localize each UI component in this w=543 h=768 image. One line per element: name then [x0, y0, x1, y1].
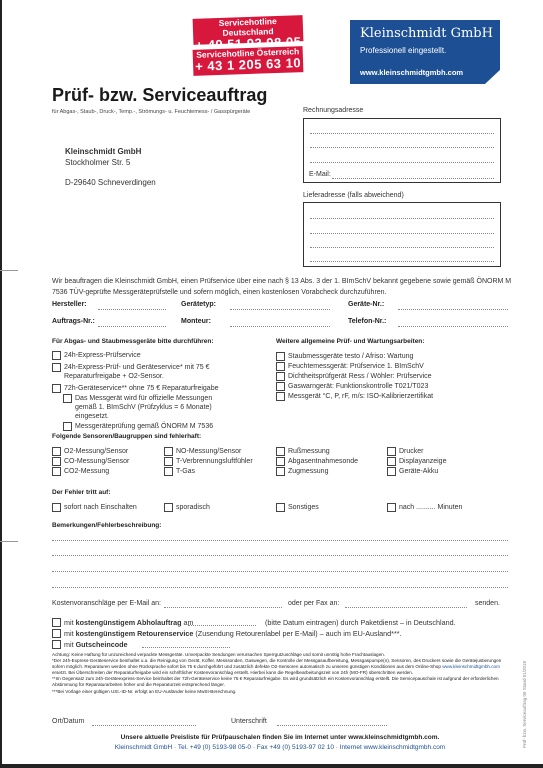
- sensor-option[interactable]: CO2-Messung: [52, 467, 129, 476]
- auftragsnr-field[interactable]: [98, 326, 166, 327]
- recipient-street: Stockholmer Str. 5: [65, 158, 130, 167]
- kosten-fax-field[interactable]: [345, 607, 467, 608]
- sensoren-heading: Folgende Sensoren/Baugruppen sind fehler…: [52, 433, 201, 440]
- checkbox[interactable]: [63, 422, 72, 431]
- note-star3: ***Bei Vorlage einer gültigen USt.-ID-Nr…: [52, 689, 514, 695]
- hotline-germany: Servicehotline Deutschland + 49 51 93 98…: [193, 15, 304, 45]
- abgas-suboption[interactable]: Messgeräteprüfung gemäß ÖNORM M 7536: [63, 422, 257, 431]
- checkbox[interactable]: [52, 457, 61, 466]
- gutschein-option[interactable]: mit Gutscheincode: [52, 640, 128, 649]
- checkbox[interactable]: [387, 457, 396, 466]
- delivery-label: Lieferadresse (falls abweichend): [303, 192, 404, 199]
- sensoren-col-4: Drucker Displayanzeige Geräte-Akku: [387, 447, 446, 476]
- fehler-option[interactable]: nach .......... Minuten: [387, 503, 462, 512]
- checkbox[interactable]: [387, 503, 396, 512]
- kosten-end: senden.: [475, 600, 500, 607]
- checkbox[interactable]: [52, 467, 61, 476]
- checkbox[interactable]: [164, 467, 173, 476]
- weitere-option[interactable]: Messgerät °C, P, rF, m/s: ISO-Kalibrierz…: [276, 392, 506, 401]
- recipient-city: D-29640 Schneverdingen: [65, 178, 156, 187]
- checkbox[interactable]: [52, 351, 61, 360]
- abholauftrag-option[interactable]: mit kostengünstigem Abholauftrag am: [52, 618, 194, 627]
- checkbox[interactable]: [387, 447, 396, 456]
- brand-url[interactable]: www.kleinschmidtgmbh.com: [360, 68, 463, 77]
- checkbox[interactable]: [276, 457, 285, 466]
- checkbox[interactable]: [276, 447, 285, 456]
- weitere-option[interactable]: Dichtheitsprüfgerät Ress / Wöhler: Prüfs…: [276, 372, 506, 381]
- input-line[interactable]: [310, 147, 494, 148]
- input-line[interactable]: [310, 162, 494, 163]
- input-line[interactable]: [310, 133, 494, 134]
- sensoren-col-2: NO-Messung/Sensor T-Verbrennungsluftfühl…: [164, 447, 253, 476]
- checkbox[interactable]: [276, 362, 285, 371]
- brand-slogan: Professionell eingestellt.: [360, 46, 446, 55]
- sensor-option[interactable]: T-Verbrennungsluftfühler: [164, 457, 253, 466]
- abgas-option[interactable]: 24h-Express-Prüf- und Geräteservice* mit…: [52, 363, 257, 381]
- form-version-note: Prüf- bzw. Serviceauftrag 06 Stand 01/20…: [522, 661, 527, 748]
- email-label: E-Mail:: [309, 171, 331, 178]
- checkbox[interactable]: [164, 447, 173, 456]
- telefonnr-field[interactable]: [398, 326, 508, 327]
- checkbox[interactable]: [387, 467, 396, 476]
- note-star1: *Der 24h-Express-Geräteservice beinhalte…: [52, 658, 514, 676]
- checkbox[interactable]: [276, 372, 285, 381]
- fehler-heading: Der Fehler tritt auf:: [52, 489, 111, 496]
- abgas-options: 24h-Express-Prüfservice 24h-Express-Prüf…: [52, 351, 257, 431]
- footer-contact: Kleinschmidt GmbH · Tel. +49 (0) 5193-98…: [40, 744, 520, 751]
- gutscheincode-field[interactable]: [142, 647, 230, 648]
- sensor-option[interactable]: Displayanzeige: [387, 457, 446, 466]
- kosten-email-label: Kostenvoranschläge per E-Mail an:: [52, 600, 161, 607]
- bemerkungen-heading: Bemerkungen/Fehlerbeschreibung:: [52, 522, 161, 529]
- fehler-option[interactable]: Sonstiges: [276, 503, 319, 512]
- delivery-address-box[interactable]: [303, 202, 501, 267]
- checkbox[interactable]: [52, 618, 61, 627]
- sensor-option[interactable]: Rußmessung: [276, 447, 358, 456]
- sensor-option[interactable]: Drucker: [387, 447, 446, 456]
- geraetetyp-label: Gerätetyp:: [181, 301, 216, 308]
- weitere-heading: Weitere allgemeine Prüf- und Wartungsarb…: [276, 338, 424, 345]
- hersteller-label: Hersteller:: [52, 301, 87, 308]
- geraetenr-label: Geräte-Nr.:: [348, 301, 384, 308]
- sensor-option[interactable]: O2-Messung/Sensor: [52, 447, 129, 456]
- abhol-date-field[interactable]: [188, 625, 256, 626]
- fehler-option[interactable]: sofort nach Einschalten: [52, 503, 137, 512]
- checkbox[interactable]: [52, 640, 61, 649]
- abgas-option[interactable]: 24h-Express-Prüfservice: [52, 351, 257, 360]
- checkbox[interactable]: [52, 363, 61, 372]
- input-line[interactable]: [310, 218, 494, 219]
- remarks-line[interactable]: [52, 540, 508, 541]
- hotline-number: + 43 1 205 63 10: [193, 56, 303, 74]
- signature-field[interactable]: [277, 725, 387, 726]
- ort-datum-field[interactable]: [92, 725, 196, 726]
- page-subtitle: für Abgas-, Staub-, Druck-, Temp.-, Strö…: [52, 109, 250, 115]
- brand-name: Kleinschmidt GmbH: [360, 26, 493, 41]
- recipient-company: Kleinschmidt GmbH: [65, 147, 141, 156]
- checkbox[interactable]: [52, 629, 61, 638]
- checkbox[interactable]: [164, 503, 173, 512]
- sensor-option[interactable]: Abgasentnahmesonde: [276, 457, 358, 466]
- auftragsnr-label: Auftrags-Nr.:: [52, 318, 95, 325]
- sensor-option[interactable]: NO-Messung/Sensor: [164, 447, 253, 456]
- telefonnr-label: Telefon-Nr.:: [348, 318, 386, 325]
- weitere-option[interactable]: Feuchtemessgerät: Prüfservice 1. BImSchV: [276, 362, 506, 371]
- note-star2: **Im Gegensatz zum 24h-Geräteexpress-Ser…: [52, 676, 514, 688]
- geraetetyp-field[interactable]: [230, 309, 330, 310]
- sensoren-col-1: O2-Messung/Sensor CO-Messung/Sensor CO2-…: [52, 447, 129, 476]
- hotline-austria: Servicehotline Österreich + 43 1 205 63 …: [193, 46, 304, 76]
- bottom-bar: [0, 764, 543, 768]
- abgas-suboption[interactable]: Das Messgerät wird für offizielle Messun…: [63, 394, 257, 421]
- abhol-note: (bitte Datum eintragen) durch Paketdiens…: [265, 618, 456, 627]
- remarks-line[interactable]: [52, 555, 508, 556]
- sensor-option[interactable]: T-Gas: [164, 467, 253, 476]
- weitere-option[interactable]: Gaswarngerät: Funktionskontrolle T021/T0…: [276, 382, 506, 391]
- sensor-option[interactable]: CO-Messung/Sensor: [52, 457, 129, 466]
- kosten-fax-label: oder per Fax an:: [288, 600, 339, 607]
- ort-datum-label: Ort/Datum: [52, 718, 84, 725]
- checkbox[interactable]: [164, 457, 173, 466]
- abgas-heading: Für Abgas- und Staubmessgeräte bitte dur…: [52, 338, 214, 345]
- checkbox[interactable]: [276, 503, 285, 512]
- monteur-field[interactable]: [230, 326, 330, 327]
- fine-print: Achtung: Keine Haftung für unzureichend …: [52, 652, 514, 695]
- checkbox[interactable]: [276, 467, 285, 476]
- unterschrift-label: Unterschrift: [231, 718, 267, 725]
- input-line[interactable]: [310, 247, 494, 248]
- intro-text: Wir beauftragen die Kleinschmidt GmbH, e…: [52, 276, 512, 298]
- fold-mark: [0, 270, 18, 271]
- weitere-option[interactable]: Staubmessgeräte testo / Afriso: Wartung: [276, 352, 506, 361]
- billing-label: Rechnungsadresse: [303, 107, 363, 114]
- checkbox[interactable]: [276, 392, 285, 401]
- input-line[interactable]: [310, 261, 494, 262]
- email-field[interactable]: [332, 178, 494, 179]
- remarks-line[interactable]: [52, 587, 508, 588]
- abgas-option[interactable]: 72h-Geräteservice** ohne 75 € Reparaturf…: [52, 384, 257, 393]
- footer-pricelist: Unsere aktuelle Preisliste für Prüfpausc…: [40, 734, 520, 741]
- checkbox[interactable]: [276, 382, 285, 391]
- checkbox[interactable]: [63, 394, 72, 403]
- brand-logo: Kleinschmidt GmbH Professionell eingeste…: [350, 20, 500, 84]
- monteur-label: Monteur:: [181, 318, 211, 325]
- billing-address-box[interactable]: E-Mail:: [303, 118, 501, 183]
- fold-mark: [0, 541, 18, 542]
- hersteller-field[interactable]: [98, 309, 166, 310]
- weitere-options: Staubmessgeräte testo / Afriso: Wartung …: [276, 352, 506, 401]
- page-title: Prüf- bzw. Serviceauftrag: [52, 85, 267, 106]
- checkbox[interactable]: [52, 503, 61, 512]
- sensoren-col-3: Rußmessung Abgasentnahmesonde Zugmessung: [276, 447, 358, 476]
- checkbox[interactable]: [52, 384, 61, 393]
- remarks-line[interactable]: [52, 571, 508, 572]
- checkbox[interactable]: [52, 447, 61, 456]
- left-margin-bar: [0, 0, 2, 768]
- retourenservice-option[interactable]: mit kostengünstigem Retourenservice (Zus…: [52, 629, 402, 638]
- sensor-option[interactable]: Geräte-Akku: [387, 467, 446, 476]
- input-line[interactable]: [310, 233, 494, 234]
- fehler-option[interactable]: sporadisch: [164, 503, 210, 512]
- checkbox[interactable]: [276, 352, 285, 361]
- sensor-option[interactable]: Zugmessung: [276, 467, 358, 476]
- geraetenr-field[interactable]: [398, 309, 508, 310]
- shop-link[interactable]: www.kleinschmidtgmbh.com: [442, 664, 500, 669]
- kosten-email-field[interactable]: [164, 607, 282, 608]
